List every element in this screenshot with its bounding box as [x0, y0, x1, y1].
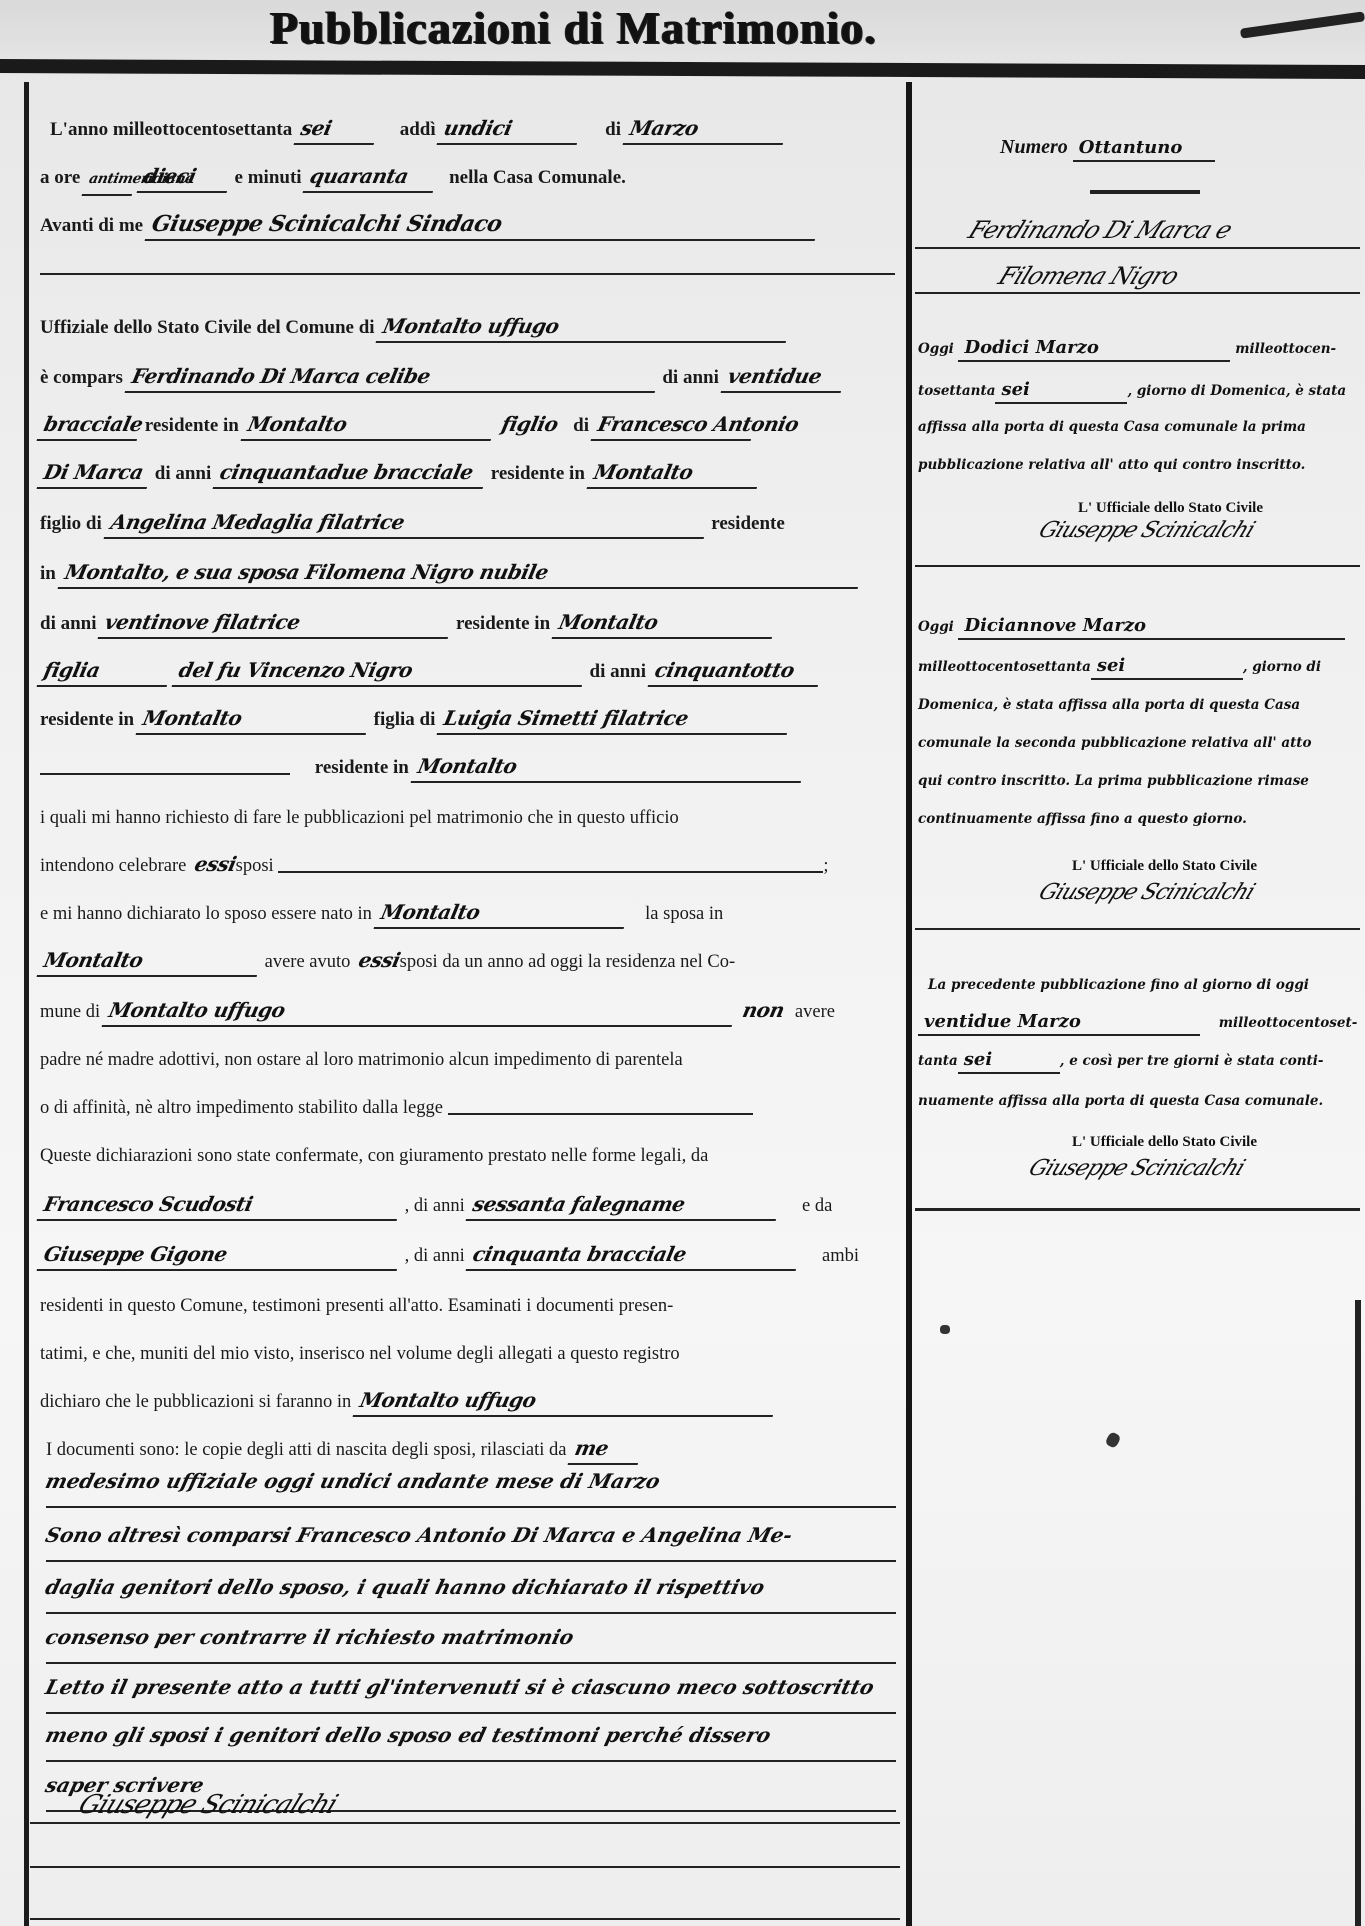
- day-field: undici: [437, 113, 584, 145]
- label: sposi: [236, 856, 274, 876]
- label: di anni: [662, 367, 719, 388]
- officer-signature: Giuseppe Scinicalchi: [74, 1790, 341, 1820]
- witness-2-age: cinquanta bracciale: [466, 1239, 803, 1271]
- rule: [915, 292, 1360, 294]
- label: quali mi hanno richiesto di fare le pubb…: [50, 808, 679, 828]
- label: residente in: [491, 463, 585, 484]
- rule: [1090, 190, 1200, 194]
- label: a ore: [40, 167, 80, 188]
- rule: [40, 273, 895, 275]
- line-comune-res: mune di Montalto uffugo non avere: [40, 986, 890, 1038]
- groom-birthplace-field: Montalto: [373, 897, 630, 929]
- rule: [915, 1208, 1360, 1211]
- ink-spot: [940, 1325, 950, 1334]
- label: Queste dichiarazioni sono state conferma…: [40, 1146, 708, 1166]
- father-surname-field: Di Marca: [37, 457, 154, 489]
- label: intendono celebrare: [40, 856, 186, 876]
- label: avere: [795, 1002, 835, 1022]
- label: in: [40, 563, 56, 584]
- couple-line-2: Filomena Nigro: [994, 262, 1182, 290]
- comune-field: Montalto uffugo: [376, 311, 793, 343]
- label: addì: [400, 119, 436, 140]
- label: dichiaro che le pubblicazioni si faranno…: [40, 1392, 351, 1412]
- pub1-officer-label: L' Ufficiale dello Stato Civile: [1078, 500, 1263, 517]
- rule: [915, 565, 1360, 567]
- ink-stroke: [1240, 11, 1365, 38]
- plural-field: essi: [188, 849, 234, 879]
- rule: [915, 928, 1360, 930]
- label: Oggi: [918, 341, 954, 357]
- note-text: daglia genitori dello sposo, i quali han…: [40, 1562, 771, 1612]
- label: di anni: [40, 613, 97, 634]
- pub1-signature: Giuseppe Scinicalchi: [1035, 518, 1258, 543]
- bride-res-field: Montalto: [551, 607, 778, 639]
- pub1-line-2: tosettantasei, giorno di Domenica, è sta…: [918, 376, 1358, 406]
- bride-field: Montalto, e sua sposa Filomena Nigro nub…: [57, 557, 864, 589]
- label: figlia: [37, 655, 174, 687]
- pub3-line-2: ventidue Marzo milleottocentoset-: [918, 1008, 1358, 1038]
- residence-field: Montalto: [240, 409, 497, 441]
- label: tosettanta: [918, 383, 995, 399]
- label: , e così per tre giorni è stata conti-: [1060, 1053, 1324, 1069]
- left-border: [24, 82, 29, 1926]
- bride-mother-res-field: Montalto: [410, 751, 807, 783]
- pub3-year: sei: [958, 1048, 1060, 1074]
- line-born: e mi hanno dichiarato lo sposo essere na…: [40, 888, 890, 940]
- line-groom-res: bracciale residente in Montalto figlio d…: [40, 400, 890, 452]
- line-bride-mother: residente in Montalto figlia di Luigia S…: [40, 694, 890, 746]
- month-field: Marzo: [622, 113, 789, 145]
- note-line-1: medesimo uffiziale oggi undici andante m…: [46, 1456, 896, 1508]
- pub3-date: ventidue Marzo: [918, 1010, 1200, 1036]
- line-law: o di affinità, nè altro impedimento stab…: [40, 1082, 890, 1134]
- mother-field: Angelina Medaglia filatrice: [103, 507, 710, 539]
- label: , di anni: [405, 1196, 465, 1216]
- line-bride-father: figlia del fu Vincenzo Nigro di anni cin…: [40, 646, 890, 698]
- line-residence: Montalto avere avuto essi sposi da un an…: [40, 936, 890, 988]
- register-page: Pubblicazioni di Matrimonio. L'anno mill…: [0, 0, 1365, 1926]
- label: Numero: [1000, 136, 1068, 158]
- pub3-line-3: tantasei, e così per tre giorni è stata …: [918, 1046, 1358, 1076]
- pub2-line-1: Oggi Diciannove Marzo: [918, 612, 1358, 642]
- note-text: meno gli sposi i genitori dello sposo ed…: [40, 1710, 777, 1760]
- label: L'anno milleottocentosettanta: [50, 119, 292, 140]
- label: residente in: [40, 709, 134, 730]
- label: e minuti: [235, 167, 302, 188]
- label: , giorno di: [1243, 659, 1321, 675]
- couple-line-1: Ferdinando Di Marca e: [964, 216, 1236, 244]
- label: di: [573, 415, 589, 436]
- pub2-officer-label: L' Ufficiale dello Stato Civile: [1072, 858, 1257, 875]
- note-line-6: meno gli sposi i genitori dello sposo ed…: [46, 1710, 896, 1762]
- pub2-signature: Giuseppe Scinicalchi: [1035, 880, 1258, 905]
- negation-field: non: [736, 995, 793, 1025]
- line-father: Di Marca di anni cinquantadue bracciale …: [40, 448, 890, 500]
- line-residents: residenti in questo Comune, testimoni pr…: [40, 1280, 890, 1332]
- label: mune di: [40, 1002, 100, 1022]
- label: Oggi: [918, 619, 954, 635]
- bride-res2-field: Montalto: [135, 703, 372, 735]
- pub3-signature: Giuseppe Scinicalchi: [1025, 1156, 1248, 1181]
- act-number: Ottantuno: [1073, 136, 1215, 162]
- label: milleottocentosettanta: [918, 659, 1091, 675]
- page-title: Pubblicazioni di Matrimonio.: [270, 0, 1170, 60]
- column-divider: [906, 82, 912, 1926]
- pub2-line-5: qui contro inscritto. La prima pubblicaz…: [918, 766, 1358, 796]
- pub3-line-1: La precedente pubblicazione fino al gior…: [928, 970, 1365, 1000]
- label: di anni: [590, 661, 647, 682]
- pub2-line-4: comunale la seconda pubblicazione relati…: [918, 728, 1358, 758]
- label: e da: [802, 1196, 832, 1216]
- line-publications: dichiaro che le pubblicazioni si faranno…: [40, 1376, 890, 1428]
- bride-birthplace-field: Montalto: [37, 945, 264, 977]
- note-text: Letto il presente atto a tutti gl'interv…: [40, 1662, 880, 1712]
- pub2-year: sei: [1091, 654, 1243, 680]
- number-label: Numero Ottantuno: [1000, 136, 1215, 162]
- occupation-field: bracciale: [37, 409, 144, 441]
- label: , giorno di Domenica, è stata: [1127, 383, 1346, 399]
- line-documents: tatimi, e che, muniti del mio visto, ins…: [40, 1328, 890, 1380]
- right-edge: [1355, 1300, 1361, 1926]
- pub1-year: sei: [995, 378, 1127, 404]
- groom-age-field: ventidue: [720, 361, 847, 393]
- line-mother: figlio di Angelina Medaglia filatrice re…: [40, 498, 890, 550]
- line-confirmed: Queste dichiarazioni sono state conferma…: [40, 1130, 890, 1182]
- label: tatimi, e che, muniti del mio visto, ins…: [40, 1344, 680, 1364]
- blank-line: [40, 763, 290, 775]
- father-field: Francesco Antonio: [590, 409, 757, 441]
- bride-age-field: ventinove filatrice: [98, 607, 455, 639]
- witness-1-name: Francesco Scudosti: [37, 1189, 404, 1221]
- pub2-line-3: Domenica, è stata affissa alla porta di …: [918, 690, 1358, 720]
- label: Uffiziale dello Stato Civile del Comune …: [40, 317, 375, 338]
- label: , di anni: [405, 1246, 465, 1266]
- rule: [30, 1866, 900, 1868]
- blank-line: [278, 861, 823, 873]
- label: padre né madre adottivi, non ostare al l…: [40, 1050, 683, 1070]
- groom-name-field: Ferdinando Di Marca celibe: [124, 361, 661, 393]
- label: di anni: [155, 463, 212, 484]
- year-field: sei: [294, 113, 381, 145]
- witness-1-age: sessanta falegname: [466, 1189, 783, 1221]
- label: i: [40, 808, 45, 828]
- line-celebrate: intendono celebrare essi sposi ;: [40, 840, 890, 892]
- rule: [30, 1918, 900, 1920]
- note-text: Sono altresì comparsi Francesco Antonio …: [40, 1510, 798, 1560]
- line-request: i quali mi hanno richiesto di fare le pu…: [40, 792, 890, 844]
- line-time: a ore antimeridiane dieci e minuti quara…: [40, 152, 890, 204]
- line-bride: in Montalto, e sua sposa Filomena Nigro …: [40, 548, 890, 600]
- line-impediment: padre né madre adottivi, non ostare al l…: [40, 1034, 890, 1086]
- ink-spot: [1104, 1431, 1121, 1449]
- label: residente in: [456, 613, 550, 634]
- witness-2-name: Giuseppe Gigone: [37, 1239, 404, 1271]
- label: Avanti di me: [40, 215, 143, 236]
- label: è compars: [40, 367, 123, 388]
- minutes-field: quaranta: [303, 161, 440, 193]
- bride-father-field: del fu Vincenzo Nigro: [171, 655, 588, 687]
- pub1-line-4: pubblicazione relativa all' atto qui con…: [918, 450, 1358, 480]
- pub3-line-4: nuamente affissa alla porta di questa Ca…: [918, 1086, 1358, 1116]
- label: avere avuto: [265, 952, 351, 972]
- label: e mi hanno dichiarato lo sposo essere na…: [40, 904, 372, 924]
- pub1-line-1: Oggi Dodici Marzo milleottocen-: [918, 334, 1358, 364]
- plural-field: essi: [352, 945, 398, 975]
- label: o di affinità, nè altro impedimento stab…: [40, 1098, 443, 1118]
- pub2-date: Diciannove Marzo: [958, 614, 1345, 640]
- label: residente in: [315, 757, 409, 778]
- bride-mother-field: Luigia Simetti filatrice: [437, 703, 794, 735]
- line-bride-mother-res: residente in Montalto: [40, 742, 890, 794]
- residence-comune-field: Montalto uffugo: [101, 995, 738, 1027]
- rule: [915, 247, 1360, 249]
- label: milleottocen-: [1235, 341, 1336, 357]
- pub2-line-6: continuamente affissa fino a questo gior…: [918, 804, 1358, 834]
- line-witness-1: Francesco Scudosti , di anni sessanta fa…: [40, 1180, 890, 1232]
- hour-field: dieci: [136, 161, 233, 193]
- pub1-date: Dodici Marzo: [958, 336, 1230, 362]
- label: milleottocentoset-: [1219, 1015, 1358, 1031]
- label: residente in: [145, 415, 239, 436]
- father-res-field: Montalto: [586, 457, 763, 489]
- label: ambi: [822, 1246, 859, 1266]
- label: nella Casa Comunale.: [449, 167, 626, 188]
- ante-field: antimeridiane: [82, 164, 139, 196]
- note-text: medesimo uffiziale oggi undici andante m…: [40, 1456, 666, 1506]
- father-age-field: cinquantadue bracciale: [213, 457, 490, 489]
- line-groom: è compars Ferdinando Di Marca celibe di …: [40, 352, 890, 404]
- label: tanta: [918, 1053, 958, 1069]
- line-comune: Uffiziale dello Stato Civile del Comune …: [40, 302, 890, 354]
- line-year: L'anno milleottocentosettanta sei addì u…: [50, 104, 900, 156]
- label: sposi da un anno ad oggi la residenza ne…: [400, 952, 735, 972]
- rule: [30, 1822, 900, 1824]
- label: figlio: [495, 409, 571, 439]
- pub3-officer-label: L' Ufficiale dello Stato Civile: [1072, 1134, 1257, 1151]
- officer-field: Giuseppe Scinicalchi Sindaco: [144, 209, 821, 241]
- note-text: consenso per contrarre il richiesto matr…: [40, 1612, 580, 1662]
- publication-place-field: Montalto uffugo: [353, 1385, 780, 1417]
- label: la sposa in: [645, 904, 723, 924]
- pub1-line-3: affissa alla porta di questa Casa comuna…: [918, 412, 1358, 442]
- line-witness-2: Giuseppe Gigone , di anni cinquanta brac…: [40, 1230, 890, 1282]
- header-rule: [0, 59, 1365, 79]
- note-line-4: consenso per contrarre il richiesto matr…: [46, 1612, 896, 1664]
- pub2-line-2: milleottocentosettantasei, giorno di: [918, 652, 1358, 682]
- label: figlia di: [374, 709, 436, 730]
- label: residenti in questo Comune, testimoni pr…: [40, 1296, 673, 1316]
- line-bride-age: di anni ventinove filatrice residente in…: [40, 598, 890, 650]
- note-line-5: Letto il presente atto a tutti gl'interv…: [46, 1662, 896, 1714]
- bride-father-age-field: cinquantotto: [647, 655, 824, 687]
- line-before-me: Avanti di me Giuseppe Scinicalchi Sindac…: [40, 200, 890, 252]
- label: residente: [711, 513, 785, 534]
- label: di: [605, 119, 621, 140]
- note-line-3: daglia genitori dello sposo, i quali han…: [46, 1562, 896, 1614]
- blank-line: [448, 1103, 753, 1115]
- note-line-2: Sono altresì comparsi Francesco Antonio …: [46, 1510, 896, 1562]
- label: figlio di: [40, 513, 102, 534]
